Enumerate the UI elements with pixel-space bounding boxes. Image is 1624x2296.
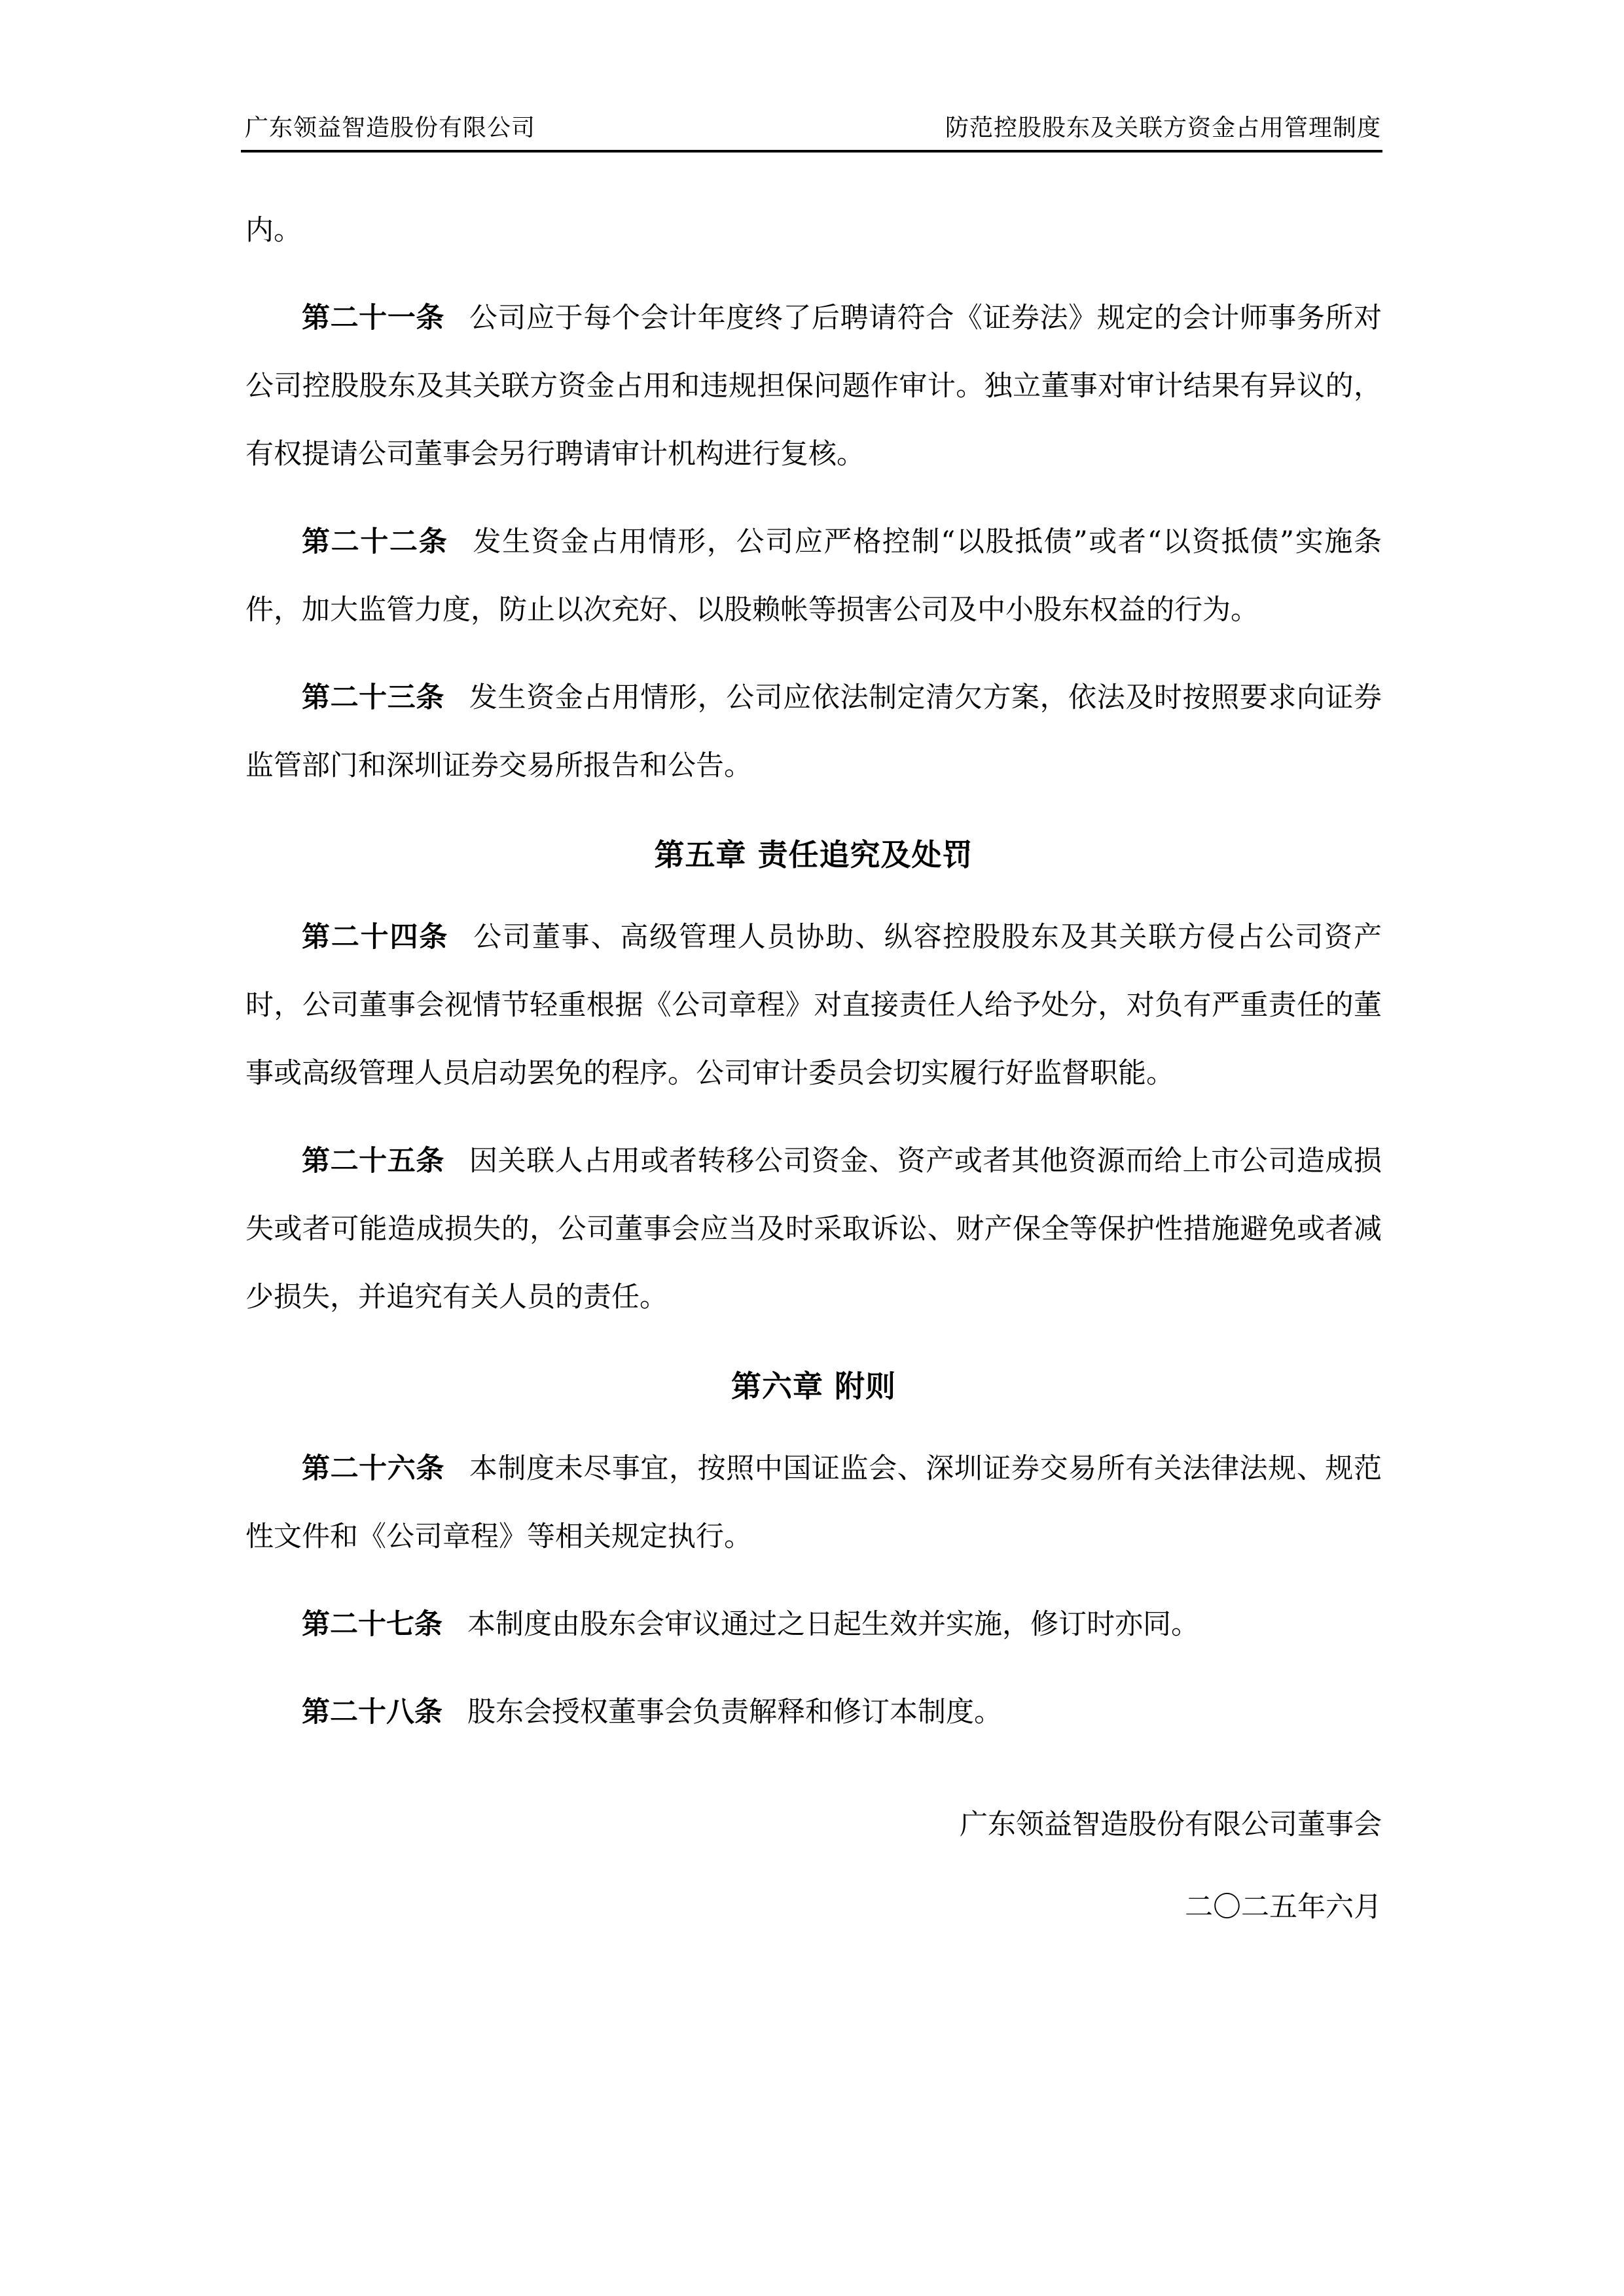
document-body: 内。 第二十一条公司应于每个会计年度终了后聘请符合《证券法》规定的会计师事务所对…: [245, 196, 1382, 1746]
continuation-text: 内。: [245, 196, 1382, 264]
article-label: 第二十三条: [302, 681, 444, 714]
page-header: 广东领益智造股份有限公司 防范控股股东及关联方资金占用管理制度: [241, 113, 1382, 152]
header-rule: [241, 150, 1382, 152]
article-text: 本制度由股东会审议通过之日起生效并实施，修订时亦同。: [467, 1608, 1199, 1641]
header-company: 广东领益智造股份有限公司: [245, 113, 535, 144]
article-26: 第二十六条本制度未尽事宜，按照中国证监会、深圳证券交易所有关法律法规、规范性文件…: [245, 1435, 1382, 1571]
header-doc-title: 防范控股股东及关联方资金占用管理制度: [945, 113, 1381, 144]
article-text: 股东会授权董事会负责解释和修订本制度。: [467, 1696, 1002, 1729]
article-label: 第二十一条: [302, 302, 444, 334]
signature-organization: 广东领益智造股份有限公司董事会: [960, 1805, 1382, 1844]
chapter-6-heading: 第六章 附则: [245, 1352, 1382, 1420]
article-27: 第二十七条本制度由股东会审议通过之日起生效并实施，修订时亦同。: [245, 1590, 1382, 1659]
article-label: 第二十五条: [302, 1145, 444, 1177]
article-28: 第二十八条股东会授权董事会负责解释和修订本制度。: [245, 1678, 1382, 1746]
article-label: 第二十四条: [302, 921, 448, 954]
article-label: 第二十八条: [302, 1696, 442, 1729]
article-24: 第二十四条公司董事、高级管理人员协助、纵容控股股东及其关联方侵占公司资产时，公司…: [245, 903, 1382, 1107]
signature-date: 二〇二五年六月: [1185, 1888, 1382, 1927]
article-21: 第二十一条公司应于每个会计年度终了后聘请符合《证券法》规定的会计师事务所对公司控…: [245, 284, 1382, 488]
chapter-5-heading: 第五章 责任追究及处罚: [245, 821, 1382, 889]
article-23: 第二十三条发生资金占用情形，公司应依法制定清欠方案，依法及时按照要求向证券监管部…: [245, 664, 1382, 800]
article-label: 第二十七条: [302, 1608, 442, 1641]
article-22: 第二十二条发生资金占用情形，公司应严格控制“以股抵债”或者“以资抵债”实施条件，…: [245, 508, 1382, 644]
article-label: 第二十六条: [302, 1452, 444, 1485]
article-label: 第二十二条: [302, 526, 448, 558]
article-25: 第二十五条因关联人占用或者转移公司资金、资产或者其他资源而给上市公司造成损失或者…: [245, 1127, 1382, 1331]
